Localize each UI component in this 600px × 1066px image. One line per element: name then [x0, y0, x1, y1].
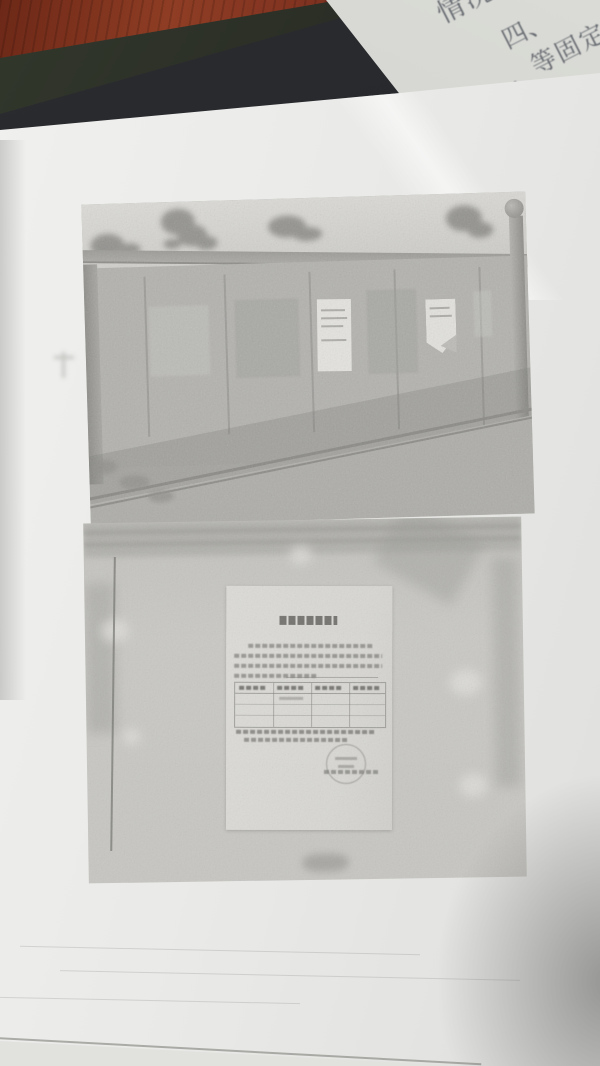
notice-footer-line	[236, 730, 374, 734]
photo-bulletin-board	[81, 191, 534, 526]
corner-shadow	[430, 766, 600, 1066]
table-header-cell	[315, 686, 343, 690]
desk-photo-scene: 情况 四、 告”， 等固定	[0, 0, 600, 1066]
notice-footer-line	[244, 738, 348, 742]
board-divider	[308, 272, 315, 432]
underline	[286, 677, 378, 678]
reference-text-fragment: 情况	[429, 0, 500, 31]
table-header-cell	[277, 686, 305, 690]
wall-dark-blob	[302, 853, 348, 872]
official-seal	[326, 744, 366, 784]
page-left-shadow	[0, 140, 26, 700]
notice-table	[234, 682, 386, 728]
wall-light-spot	[122, 729, 140, 745]
table-row-line	[235, 704, 385, 705]
table-row-line	[235, 715, 385, 716]
notice-title-illegible	[279, 616, 337, 625]
notice-paragraph-line	[234, 664, 382, 668]
board-panel	[148, 305, 210, 377]
wall-light-spot	[450, 669, 482, 695]
notice-paragraph-line	[248, 644, 374, 648]
posted-notice	[317, 299, 352, 371]
paper-streak	[0, 997, 300, 1004]
board-divider	[223, 274, 230, 434]
board-panel	[366, 289, 418, 374]
bleedthrough-mark	[50, 350, 82, 386]
paper-streak	[20, 946, 420, 955]
notice-sheet	[226, 586, 392, 830]
table-header-cell	[353, 686, 381, 690]
wall-light-spot	[290, 546, 312, 564]
document-page	[0, 0, 600, 1066]
notice-paragraph-line	[234, 654, 382, 658]
table-header-cell	[239, 686, 267, 690]
seal-date-line	[324, 770, 378, 774]
wall-smudge	[492, 557, 522, 787]
board-panel	[473, 291, 492, 338]
board-panel	[234, 298, 300, 378]
table-entry	[279, 697, 303, 700]
